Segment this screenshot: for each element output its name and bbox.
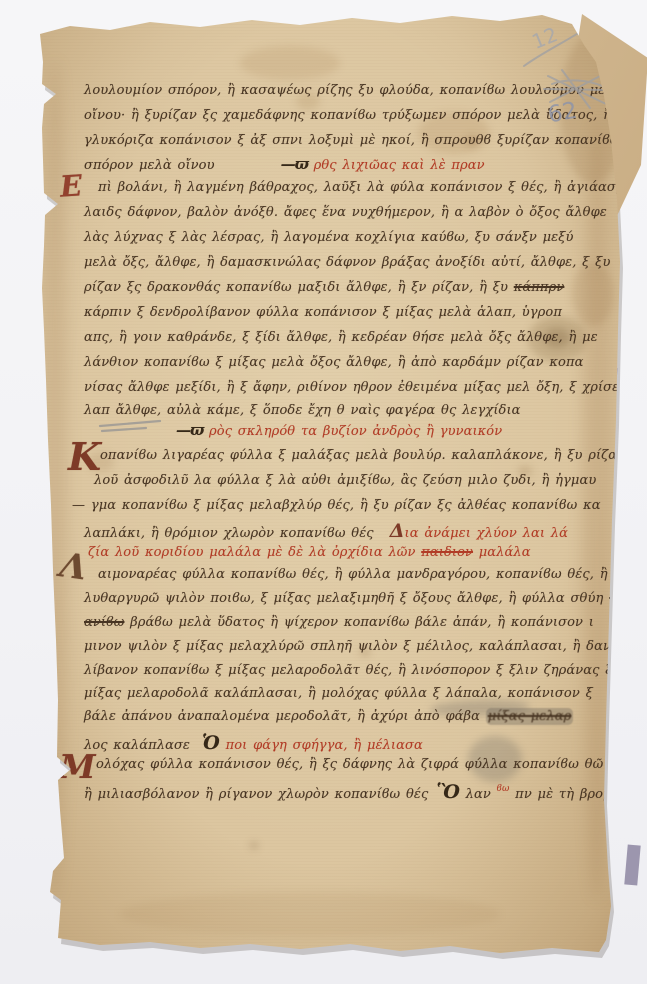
- body-text: νίσας ἄλθφε μεξίδι, ἢ ξ ἄφην, ριθίνον ηθ…: [84, 380, 619, 395]
- manuscript-line: ζία λοῦ κοριδίου μαλάλα μὲ δὲ λὰ ὀρχίδια…: [88, 546, 531, 559]
- body-text: λαπλάκι, ἢ θρόμιον χλωρὸν κοπανίϐω θές: [84, 526, 374, 541]
- body-text: Ὁ: [202, 732, 220, 754]
- manuscript-line: λυθαργυρῶ ψιλὸν ποιϐω, ξ μίξας μελαξιμηθ…: [84, 592, 628, 605]
- body-text: λαιδς δάφνον, βαλὸν ἀνόξθ. ἄφες ἕνα νυχθ…: [84, 205, 607, 220]
- body-text: μελὰ ὄξς, ἄλθφε, ἢ δαμασκινώλας δάφνον β…: [84, 255, 610, 270]
- body-text: λυθαργυρῶ ψιλὸν ποιϐω, ξ μίξας μελαξιμηθ…: [84, 591, 609, 606]
- body-text: λάνθιον κοπανίϐω ξ μίξας μελὰ ὄξος ἄλθφε…: [84, 355, 583, 370]
- spacer: [374, 536, 390, 537]
- manuscript-line: ἢ μιλιασβόλανον ἢ ρίγανον χλωρὸν κοπανίϐ…: [84, 783, 612, 802]
- body-text: βράϐω μελὰ ὕδατος ἢ ψίχερον κοπανίϐω βάλ…: [124, 615, 593, 630]
- body-text: οπανίϐω λιγαρέας φύλλα ξ μαλάξας μελὰ βο…: [100, 448, 625, 463]
- body-text: μίξας μελαροδολᾶ καλάπλασαι, ἢ μολόχας φ…: [84, 686, 593, 701]
- body-text: σπόρον μελὰ οἴνου: [84, 158, 215, 173]
- body-text: — γμα κοπανίϐω ξ μίξας μελαβχλύρ θές, ἢ …: [72, 498, 601, 513]
- manuscript-line: μελὰ ὄξς, ἄλθφε, ἢ δαμασκινώλας δάφνον β…: [84, 256, 610, 269]
- manuscript-line: ανίϐω βράϐω μελὰ ὕδατος ἢ ψίχερον κοπανί…: [84, 616, 594, 629]
- rubric-text: ρθς λιχιῶας καὶ λὲ πραν: [308, 158, 485, 173]
- manuscript-line: αιμοναρέας φύλλα κοπανίϐω θές, ἢ φύλλα μ…: [98, 568, 608, 581]
- folio-number: 62: [546, 100, 579, 128]
- rubric-text: ζία λοῦ κοριδίου μαλάλα μὲ δὲ λὰ ὀρχίδια…: [88, 545, 421, 560]
- rubric-text: ρὸς σκληρόθ τα βυζίον ἀνδρὸς ἢ γυναικόν: [203, 424, 502, 439]
- manuscript-line: νίσας ἄλθφε μεξίδι, ἢ ξ ἄφην, ριθίνον ηθ…: [84, 381, 619, 394]
- manuscript-line: λὰς λύχνας ξ λὰς λέσρας, ἢ λαγομένα κοχλ…: [84, 231, 574, 244]
- body-text: ἢ μιλιασβόλανον ἢ ρίγανον χλωρὸν κοπανίϐ…: [84, 787, 428, 802]
- body-text: ανίϐω: [84, 615, 124, 630]
- body-text: μινον ψιλὸν ξ μίξας μελαχλύρῶ σπληῆ ψιλὸ…: [84, 639, 611, 654]
- underlying-page-edge: [624, 845, 640, 886]
- manuscript-line: απς, ἢ γοιν καθράνδε, ξ ξίδι ἄλθφε, ἢ κε…: [84, 331, 598, 344]
- rubric-text: ια ἀνάμει χλύον λαι λά: [405, 526, 568, 541]
- manuscript-line: —ϖ ρὸς σκληρόθ τα βυζίον ἀνδρὸς ἢ γυναικ…: [176, 423, 502, 438]
- initial-letter: Ε: [59, 171, 83, 201]
- manuscript-line: μινον ψιλὸν ξ μίξας μελαχλύρῶ σπληῆ ψιλὸ…: [84, 640, 611, 653]
- initial-letter: Κ: [68, 438, 101, 476]
- body-text: Δ: [390, 520, 405, 542]
- rubric-text: ϐω: [497, 784, 510, 794]
- manuscript-line: κάρπιν ξ δενδρολίβανον φύλλα κοπάνισον ξ…: [84, 306, 562, 319]
- body-text: πὶ βολάνι, ἢ λαγμένη βάθραχος, λαῦξι λὰ …: [98, 180, 630, 195]
- body-text: λαπ ἄλθφε, αὐλὰ κάμε, ξ ὅποδε ἔχη θ ναὶς…: [84, 403, 521, 418]
- body-text: απς, ἢ γοιν καθράνδε, ξ ξίδι ἄλθφε, ἢ κε…: [84, 330, 598, 345]
- body-text: ρίζαν ξς δρακονθάς κοπανίϐω μαξιδι ἄλθφε…: [84, 280, 514, 295]
- body-text: γλυκόριζα κοπάνισον ξ ἀξ σπνι λοξυμὶ μὲ …: [84, 133, 621, 148]
- manuscript-line: λαπ ἄλθφε, αὐλὰ κάμε, ξ ὅποδε ἔχη θ ναὶς…: [84, 404, 521, 417]
- manuscript-line: λάνθιον κοπανίϐω ξ μίξας μελὰ ὄξος ἄλθφε…: [84, 356, 583, 369]
- manuscript-line: ρίζαν ξς δρακονθάς κοπανίϐω μαξιδι ἄλθφε…: [84, 281, 564, 294]
- body-text: λαν: [460, 787, 497, 802]
- body-text: Ὃ: [436, 781, 460, 803]
- manuscript-line: λος καλάπλασεὉ ποι φάγη σφήγγα, ἢ μέλιασ…: [84, 734, 423, 753]
- manuscript-line: πὶ βολάνι, ἢ λαγμένη βάθραχος, λαῦξι λὰ …: [98, 181, 630, 194]
- body-text: κάππρν: [514, 280, 565, 295]
- body-text: κάρπιν ξ δενδρολίβανον φύλλα κοπάνισον ξ…: [84, 305, 562, 320]
- manuscript-line: οπανίϐω λιγαρέας φύλλα ξ μαλάξας μελὰ βο…: [100, 449, 625, 462]
- manuscript-line: βάλε ἀπάνου ἀναπαλομένα μεροδολᾶτ, ἢ ἀχύ…: [84, 710, 573, 723]
- body-text: λος καλάπλασε: [84, 738, 190, 753]
- body-text: μίξας μελαρ: [486, 708, 574, 725]
- spacer: [190, 748, 202, 749]
- body-text: ολόχας φύλλα κοπάνισον θές, ἢ ξς δάφνης …: [96, 757, 603, 772]
- manuscript-line: ολόχας φύλλα κοπάνισον θές, ἢ ξς δάφνης …: [96, 758, 603, 771]
- body-text: λοῦ ἀσφοδιλῦ λα φύλλα ξ λὰ αὐθι ἀμιξίϐω,…: [94, 473, 596, 488]
- body-text: βάλε ἀπάνου ἀναπαλομένα μεροδολᾶτ, ἢ ἀχύ…: [84, 709, 486, 724]
- manuscript-line: λοῦ ἀσφοδιλῦ λα φύλλα ξ λὰ αὐθι ἀμιξίϐω,…: [94, 474, 596, 487]
- body-text: —ϖ: [281, 155, 308, 173]
- spacer: [215, 168, 281, 169]
- rubric-text: παιδιον: [421, 545, 473, 560]
- manuscript-line: γλυκόριζα κοπάνισον ξ ἀξ σπνι λοξυμὶ μὲ …: [84, 134, 621, 147]
- rubric-text: ποι φάγη σφήγγα, ἢ μέλιασα: [220, 738, 423, 753]
- initial-letter: Λ: [58, 548, 89, 585]
- manuscript-page: λουλουμίον σπόρον, ἢ κασαψέως ρίζης ξυ φ…: [0, 0, 647, 984]
- scan-background: λουλουμίον σπόρον, ἢ κασαψέως ρίζης ξυ φ…: [0, 0, 647, 984]
- body-text: λὰς λύχνας ξ λὰς λέσρας, ἢ λαγομένα κοχλ…: [84, 230, 574, 245]
- rubric-text: μαλάλα: [473, 545, 531, 560]
- body-text: αιμοναρέας φύλλα κοπανίϐω θές, ἢ φύλλα μ…: [98, 567, 608, 582]
- manuscript-line: λίβανον κοπανίϐω ξ μίξας μελαροδολᾶτ θές…: [84, 664, 613, 677]
- manuscript-line: σπόρον μελὰ οἴνου—ϖ ρθς λιχιῶας καὶ λὲ π…: [84, 157, 485, 172]
- pencil-dash: [98, 418, 168, 436]
- manuscript-line: — γμα κοπανίϐω ξ μίξας μελαβχλύρ θές, ἢ …: [72, 499, 601, 512]
- manuscript-line: λαπλάκι, ἢ θρόμιον χλωρὸν κοπανίϐω θέςΔι…: [84, 522, 568, 541]
- body-text: λίβανον κοπανίϐω ξ μίξας μελαροδολᾶτ θές…: [84, 663, 613, 678]
- manuscript-line: μίξας μελαροδολᾶ καλάπλασαι, ἢ μολόχας φ…: [84, 687, 593, 700]
- manuscript-line: λαιδς δάφνον, βαλὸν ἀνόξθ. ἄφες ἕνα νυχθ…: [84, 206, 607, 219]
- body-text: —ϖ: [176, 421, 203, 439]
- body-text: πν μὲ τὴ βρομ: [509, 787, 611, 802]
